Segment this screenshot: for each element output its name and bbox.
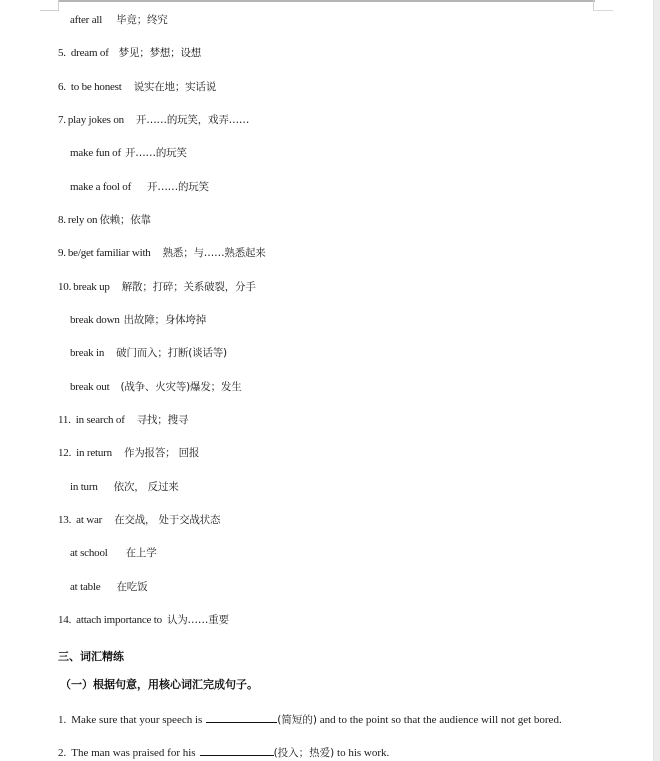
phrase-line: after all毕竟；终究: [70, 13, 168, 27]
phrase-num: 10.: [58, 281, 71, 293]
phrase-en: break out: [70, 381, 109, 393]
phrase-cn: 开……的玩笑: [147, 181, 209, 193]
phrase-num: 9.: [58, 247, 66, 259]
phrase-cn: 说实在地；实话说: [134, 81, 216, 93]
phrase-line: in turn依次， 反过来: [70, 480, 179, 494]
phrase-num: 11.: [58, 414, 71, 426]
phrase-en: be/get familiar with: [68, 247, 151, 259]
exercise-hint: (投入；热爱): [274, 747, 335, 759]
phrase-en: break up: [73, 281, 110, 293]
exercise-sentence: 1.Make sure that your speech is(简短的) and…: [58, 711, 562, 727]
phrase-cn: 出故障；身体垮掉: [124, 314, 206, 326]
phrase-num: 13.: [58, 514, 71, 526]
phrase-en: at war: [76, 514, 102, 526]
phrase-line: 13.at war在交战， 处于交战状态: [58, 513, 220, 527]
exercise-num: 2.: [58, 747, 66, 759]
phrase-en: play jokes on: [68, 114, 124, 126]
phrase-en: to be honest: [71, 81, 122, 93]
phrase-line: 6.to be honest说实在地；实话说: [58, 80, 216, 94]
phrase-num: 12.: [58, 447, 71, 459]
crop-mark-left-horizontal: [40, 10, 59, 11]
exercise-text-before: The man was praised for his: [71, 747, 195, 759]
vertical-scrollbar-track[interactable]: [653, 0, 660, 761]
phrase-line: break down出故障；身体垮掉: [70, 313, 206, 327]
phrase-en: make fun of: [70, 147, 121, 159]
phrase-cn: 解散；打碎；关系破裂，分手: [122, 281, 256, 293]
phrase-cn: 破门而入；打断(谈话等): [116, 347, 227, 359]
phrase-cn: 认为……重要: [167, 614, 229, 626]
exercise-text-before: Make sure that your speech is: [71, 714, 202, 726]
phrase-num: 6.: [58, 81, 66, 93]
exercise-hint: (简短的): [277, 714, 317, 726]
phrase-cn: 依次， 反过来: [114, 481, 179, 493]
phrase-cn: 依赖；依靠: [99, 214, 151, 226]
phrase-num: 8.: [58, 214, 66, 226]
exercise-text-after: and to the point so that the audience wi…: [317, 714, 562, 726]
phrase-en: dream of: [71, 47, 109, 59]
crop-mark-right-horizontal: [593, 10, 613, 11]
phrase-line: 8.rely on依赖；依靠: [58, 213, 151, 227]
phrase-cn: 熟悉；与……熟悉起来: [163, 247, 266, 259]
phrase-line: break in破门而入；打断(谈话等): [70, 346, 227, 360]
phrase-line: 12.in return作为报答； 回报: [58, 446, 199, 460]
page-top-border: [58, 0, 595, 2]
phrase-en: at table: [70, 581, 100, 593]
phrase-en: after all: [70, 14, 102, 26]
phrase-line: 11.in search of寻找；搜寻: [58, 413, 188, 427]
answer-blank[interactable]: [200, 744, 274, 756]
section-title: 三、词汇精练: [58, 650, 124, 664]
phrase-line: 5.dream of梦见；梦想；设想: [58, 46, 201, 60]
phrase-line: 14.attach importance to认为……重要: [58, 613, 229, 627]
phrase-cn: 毕竟；终究: [116, 14, 168, 26]
exercise-text-after: to his work.: [334, 747, 389, 759]
phrase-en: rely on: [68, 214, 97, 226]
phrase-cn: 开……的玩笑: [125, 147, 187, 159]
exercise-num: 1.: [58, 714, 66, 726]
phrase-cn: 在交战， 处于交战状态: [114, 514, 220, 526]
phrase-cn: 梦见；梦想；设想: [119, 47, 201, 59]
phrase-line: 10.break up解散；打碎；关系破裂，分手: [58, 280, 256, 294]
phrase-num: 5.: [58, 47, 66, 59]
phrase-num: 14.: [58, 614, 71, 626]
exercise-sentence: 2.The man was praised for his(投入；热爱) to …: [58, 744, 389, 760]
phrase-cn: 作为报答； 回报: [124, 447, 199, 459]
phrase-en: in return: [76, 447, 112, 459]
phrase-cn: 开……的玩笑，戏弄……: [136, 114, 249, 126]
section-subtitle: （一）根据句意，用核心词汇完成句子。: [60, 678, 258, 692]
phrase-num: 7.: [58, 114, 66, 126]
phrase-line: break out(战争、火灾等)爆发；发生: [70, 380, 242, 394]
phrase-line: make a fool of开……的玩笑: [70, 180, 209, 194]
phrase-line: 9.be/get familiar with熟悉；与……熟悉起来: [58, 246, 266, 260]
phrase-en: break in: [70, 347, 104, 359]
phrase-cn: 寻找；搜寻: [137, 414, 189, 426]
phrase-line: make fun of开……的玩笑: [70, 146, 187, 160]
phrase-cn: 在上学: [126, 547, 157, 559]
phrase-en: at school: [70, 547, 108, 559]
phrase-line: 7.play jokes on开……的玩笑，戏弄……: [58, 113, 249, 127]
phrase-cn: 在吃饭: [116, 581, 147, 593]
phrase-line: at school在上学: [70, 546, 157, 560]
phrase-en: break down: [70, 314, 120, 326]
document-page: after all毕竟；终究 5.dream of梦见；梦想；设想 6.to b…: [0, 0, 653, 761]
answer-blank[interactable]: [206, 711, 277, 723]
phrase-en: in search of: [76, 414, 125, 426]
phrase-en: in turn: [70, 481, 98, 493]
phrase-line: at table在吃饭: [70, 580, 147, 594]
phrase-en: make a fool of: [70, 181, 131, 193]
phrase-en: attach importance to: [76, 614, 162, 626]
phrase-cn: (战争、火灾等)爆发；发生: [120, 381, 241, 393]
